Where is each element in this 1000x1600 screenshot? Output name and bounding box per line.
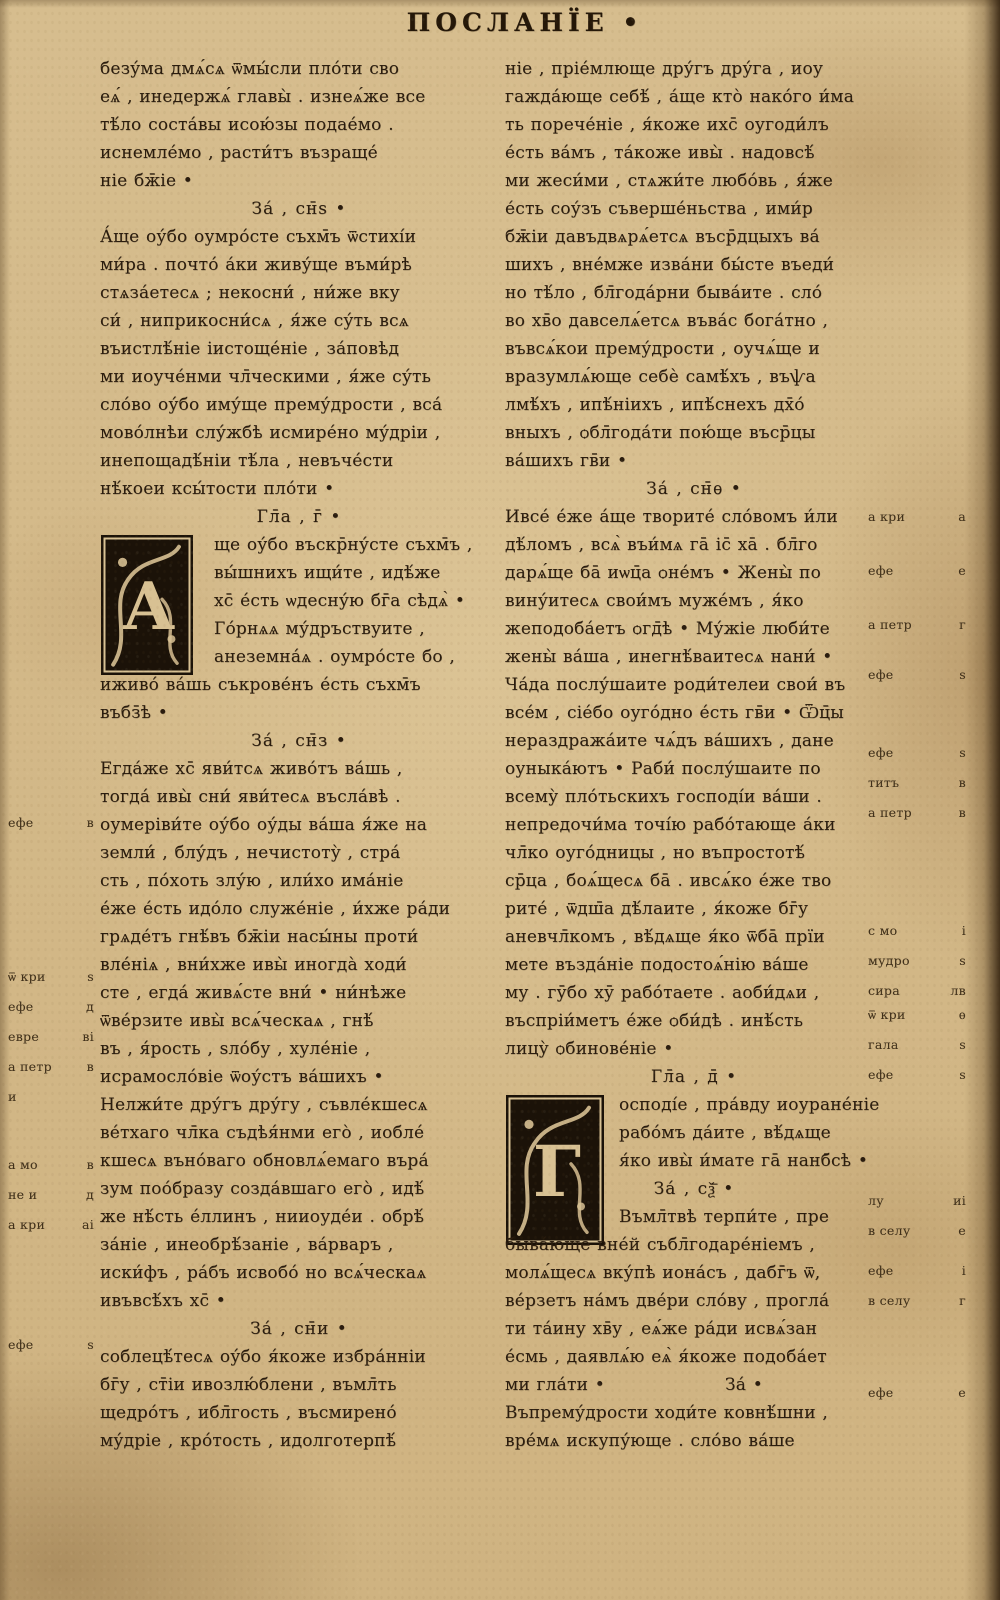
text-line: бг̄у , ст̄іи ивозлю́блени , въмл̄ть <box>100 1371 498 1399</box>
text-line: сть , по́хоть злу́ю , или́хо има́ніе <box>100 867 498 895</box>
text-line: грѧде́тъ гнѣ́въ бж̄іи насы́ны проти́ <box>100 923 498 951</box>
text-line: кшесѧ въно́ваго обновлѧ́емаго въра́ <box>100 1147 498 1175</box>
text-line: же нѣ́сть е́ллинъ , нииоуде́и . обрѣ́ <box>100 1203 498 1231</box>
paragraph: соблецѣ́тесѧ оу́бо я́коже избра́нніибг̄у… <box>100 1343 498 1455</box>
reference-book-abbrev: в селу <box>868 1286 911 1316</box>
text-line: всему̀ пло́тьскихъ господі́и ва́ши . <box>505 783 883 811</box>
reference-book-abbrev: с мо <box>868 916 897 946</box>
paragraph: безу́ма дмѧ́сѧ ѿмы́сли пло́ти своеѧ́ , и… <box>100 55 498 195</box>
text-line: стѧза́етесѧ ; некосни́ , ни́же вку <box>100 279 498 307</box>
reference-book-abbrev: а мо <box>8 1150 38 1180</box>
margin-reference-row: а мов <box>8 1150 94 1180</box>
reference-chapter-number: в <box>87 808 94 838</box>
text-line: ивъвсѣ́хъ хс̄ • <box>100 1287 498 1315</box>
text-line: дѣ́ломъ , всѧ̀ въи́мѧ га̄ іс̄ ха̄ . бл̄г… <box>505 531 883 559</box>
reference-book-abbrev: гала <box>868 1030 899 1060</box>
reference-book-abbrev: ефе <box>868 1256 893 1286</box>
text-line: непредочи́ма точі́ю рабо́тающе а́ки <box>505 811 883 839</box>
reference-book-abbrev: евре <box>8 1022 39 1052</box>
text-line: ве́тхаго чл̄ка съдѣя́нми его̀ , иобле́ <box>100 1119 498 1147</box>
text-line-fragment: ми гла́ти • <box>505 1371 605 1399</box>
text-line: мете възда́ніе подостоѧ́нію ва́ше <box>505 951 883 979</box>
reference-book-abbrev: ефе <box>8 808 33 838</box>
margin-reference-row: а петрг <box>868 610 966 640</box>
text-line: рите́ , ѿдш̄а дѣ́лаите , я́коже бг̄у <box>505 895 883 923</box>
text-line: оумеріви́те оу́бо оу́ды ва́ша я́же на <box>100 811 498 839</box>
margin-reference-row: ефед <box>8 992 94 1022</box>
zachalo-heading: За́ , сн̄ѳ • <box>505 475 883 503</box>
reference-chapter-number: в <box>87 1150 94 1180</box>
margin-reference-row: ефее <box>868 556 966 586</box>
text-line: е́сть соу́зъ съверше́ньства , ими́р <box>505 195 883 223</box>
text-line: е́же е́сть идо́ло служе́ніе , и́хже ра́д… <box>100 895 498 923</box>
text-line: за́ніе , инеобрѣ́заніе , ва́рваръ , <box>100 1231 498 1259</box>
margin-cross-reference: ефее <box>868 1378 966 1408</box>
reference-chapter-number: ѕ <box>87 1330 94 1360</box>
text-line: Въпрему́дрости ходи́те ковнѣ́шни , <box>505 1399 883 1427</box>
text-line: ми жеси́ми , стѧжи́те любо́вь , я́же <box>505 167 883 195</box>
text-line: въспріи́метъ е́же ѻби́дѣ . инѣ́сть <box>505 1007 883 1035</box>
chapter-heading: Гл̄а , д̄ • <box>505 1063 883 1091</box>
text-line: ніе бж̄іе • <box>100 167 498 195</box>
margin-reference-row: ефеѕ <box>8 1330 94 1360</box>
svg-text:А: А <box>122 569 175 645</box>
text-line: му . гӯбо хӯ рабо́таете . аоби́дѧи , <box>505 979 883 1007</box>
reference-book-abbrev: ѿ кри <box>8 962 46 992</box>
margin-reference-row: в селуе <box>868 1216 966 1246</box>
margin-reference-row: ѿ криѕ <box>8 962 94 992</box>
reference-book-abbrev: ефе <box>868 660 893 690</box>
text-line: въвсѧ́кои прему́дрости , оучѧ́ще и <box>505 335 883 363</box>
margin-reference-row: ефеѕ <box>868 1060 966 1090</box>
reference-book-abbrev: ефе <box>8 1330 33 1360</box>
margin-cross-reference: ефеів селуг <box>868 1256 966 1316</box>
margin-reference-row: и <box>8 1082 94 1112</box>
text-line: ва́шихъ гв̄и • <box>505 447 883 475</box>
text-line: е́смь , даявлѧ́ю еѧ̀ я́коже подоба́ет <box>505 1343 883 1371</box>
text-line: зум поо́бразу созда́вшаго его̀ , идѣ́ <box>100 1175 498 1203</box>
paragraph: А ще оу́бо въскр̄ну́сте съхм̄ъ ,вы́шнихъ… <box>100 531 498 727</box>
text-line: еѧ́ , инедержѧ́ главы̀ . изнеѧ́же все <box>100 83 498 111</box>
zachalo-heading: За́ , сн̄ѕ • <box>100 195 498 223</box>
margin-cross-reference: с моімудроѕсиралв <box>868 916 966 1006</box>
woodcut-initial-а: А <box>100 534 194 685</box>
margin-reference-row: евреві <box>8 1022 94 1052</box>
margin-cross-reference: ефеѕтитъва петрв <box>868 738 966 828</box>
margin-reference-row: титъв <box>868 768 966 798</box>
text-line: чл̄ко оуго́дницы , но въпростотѣ́ <box>505 839 883 867</box>
margin-reference-row: луиі <box>868 1186 966 1216</box>
reference-book-abbrev: ефе <box>868 1060 893 1090</box>
text-line: иснемле́мо , расти́тъ възраще́ <box>100 139 498 167</box>
text-line: но тѣ́ло , бл̄года́рни быва́ите . сло́ <box>505 279 883 307</box>
text-line: Егда́же хс̄ яви́тсѧ живо́тъ ва́шь , <box>100 755 498 783</box>
text-line: ти та́ину хв̄у , еѧ́же ра́ди исвѧ́зан <box>505 1315 883 1343</box>
paragraph: Г осподі́е , пра́вду иоуране́ніерабо́мъ … <box>505 1091 883 1175</box>
book-gutter-edge <box>964 0 1000 1600</box>
text-line: тогда́ ивы̀ сни́ яви́тесѧ въсла́вѣ . <box>100 783 498 811</box>
text-line: му́дріе , кро́тость , идолготерпѣ́ <box>100 1427 498 1455</box>
text-line: сло́во оу́бо иму́ще прему́дрости , вса́ <box>100 391 498 419</box>
text-line: въистлѣ́ніе іистоще́ніе , за́повѣд <box>100 335 498 363</box>
margin-reference-row: ефев <box>8 808 94 838</box>
book-page: ПОСЛАНЇЕ • безу́ма дмѧ́сѧ ѿмы́сли пло́ти… <box>0 0 1000 1600</box>
text-line: гажда́юще себѣ́ , а́ще кто̀ нако́го и́ма <box>505 83 883 111</box>
left-text-column: безу́ма дмѧ́сѧ ѿмы́сли пло́ти своеѧ́ , и… <box>100 55 498 1455</box>
text-line: быва́юще вне́й събл̄годаре́ніемъ , <box>505 1231 883 1259</box>
paragraph: Въмл̄твѣ терпи́те , пребыва́юще вне́й съ… <box>505 1203 883 1399</box>
margin-reference-row: а петрв <box>8 1052 94 1082</box>
reference-book-abbrev: лу <box>868 1186 884 1216</box>
paragraph: Ивсе́ е́же а́ще творите́ сло́вомъ и́лидѣ… <box>505 503 883 1063</box>
text-line: мово́лнѣи слу́жбѣ исмире́но му́дріи , <box>100 419 498 447</box>
right-text-column: ніе , пріе́млюще дру́гъ дру́га , иоугажд… <box>505 55 883 1455</box>
margin-reference-row: ефеѕ <box>868 738 966 768</box>
text-line: щедро́тъ , ибл̄гость , въсмирено́ <box>100 1399 498 1427</box>
margin-reference-row: в селуг <box>868 1286 966 1316</box>
text-line: ть порече́ніе , я́коже ихс̄ оугоди́лъ <box>505 111 883 139</box>
reference-chapter-number: д <box>86 992 94 1022</box>
text-line: инепощадѣ́ніи тѣ́ла , невъче́сти <box>100 447 498 475</box>
text-line: лмѣ́хъ , ипѣ́ніихъ , ипѣ́снехъ дх̄о́ <box>505 391 883 419</box>
text-line: сте , егда́ живѧ́сте вни́ • ни́нѣже <box>100 979 498 1007</box>
text-line: въ , я́рость , ѕло́бу , хуле́ніе , <box>100 1035 498 1063</box>
reference-book-abbrev: ѿ кри <box>868 1000 906 1030</box>
text-line: ніе , пріе́млюще дру́гъ дру́га , иоу <box>505 55 883 83</box>
text-line: во хв̄о давселѧ́етсѧ въва́с бога́тно , <box>505 307 883 335</box>
chapter-heading: Гл̄а , г̄ • <box>100 503 498 531</box>
inline-zachalo-heading: За́ • <box>605 1371 883 1399</box>
margin-reference-row: с моі <box>868 916 966 946</box>
text-line: е́сть ва́мъ , та́коже ивы̀ . надовсѣ́ <box>505 139 883 167</box>
reference-book-abbrev: а петр <box>868 798 912 828</box>
margin-reference-row: мудроѕ <box>868 946 966 976</box>
margin-cross-reference: ефеѕ <box>868 660 966 690</box>
margin-reference-row: ѿ криѳ <box>868 1000 966 1030</box>
margin-reference-row: а петрв <box>868 798 966 828</box>
margin-reference-row: ефеѕ <box>868 660 966 690</box>
margin-cross-reference: ефее <box>868 556 966 586</box>
margin-reference-row: галаѕ <box>868 1030 966 1060</box>
reference-chapter-number: ві <box>82 1022 94 1052</box>
paragraph: Егда́же хс̄ яви́тсѧ живо́тъ ва́шь ,тогда… <box>100 755 498 1315</box>
reference-book-abbrev: не и <box>8 1180 37 1210</box>
margin-cross-reference: а мовне ида криаі <box>8 1150 94 1240</box>
paragraph: ніе , пріе́млюще дру́гъ дру́га , иоугажд… <box>505 55 883 475</box>
text-line: бж̄іи давъдвѧрѧ́етсѧ въср̄дцыхъ ва́ <box>505 223 883 251</box>
reference-book-abbrev: ефе <box>8 992 33 1022</box>
text-line: ѿве́рзите ивы̀ всѧ́ческаѧ , гнѣ́ <box>100 1007 498 1035</box>
margin-reference-row: ефее <box>868 1378 966 1408</box>
reference-book-abbrev: титъ <box>868 768 899 798</box>
text-line: нѣ́коеи ксы́тости пло́ти • <box>100 475 498 503</box>
text-line: Ивсе́ е́же а́ще творите́ сло́вомъ и́ли <box>505 503 883 531</box>
text-line: вле́ніѧ , вни́хже ивы̀ иногда̀ ходи́ <box>100 951 498 979</box>
margin-cross-reference: а петрг <box>868 610 966 640</box>
text-line: дарѧ́ще ба̄ иѡц̄а ѻне́мъ • Жены̀ по <box>505 559 883 587</box>
margin-reference-row: а криаі <box>8 1210 94 1240</box>
reference-chapter-number: ѕ <box>87 962 94 992</box>
text-line: жеподоба́етъ ѻгд̄ѣ • Му́жіе люби́те <box>505 615 883 643</box>
margin-reference-row: а криа <box>868 502 966 532</box>
paragraph: Въпрему́дрости ходи́те ковнѣ́шни ,вре́мѧ… <box>505 1399 883 1455</box>
text-line: шихъ , вне́мже изва́ни бы́сте въеди́ <box>505 251 883 279</box>
reference-book-abbrev: а петр <box>8 1052 52 1082</box>
text-line: А́ще оу́бо оумро́сте съхм̄ъ ѿстихі́и <box>100 223 498 251</box>
page-left-edge-shadow <box>0 0 10 1600</box>
reference-book-abbrev: а кри <box>8 1210 45 1240</box>
svg-text:Г: Г <box>533 1131 581 1213</box>
text-line: иски́фъ , ра́бъ исвобо́ но всѧ́ческаѧ <box>100 1259 498 1287</box>
reference-book-abbrev: а кри <box>868 502 905 532</box>
reference-chapter-number: д <box>86 1180 94 1210</box>
reference-chapter-number: аі <box>82 1210 94 1240</box>
text-line: аневчл̄комъ , вѣ́дѧще я́ко ѿба̄ прїи <box>505 923 883 951</box>
margin-cross-reference: ефев <box>8 808 94 838</box>
text-line: ми гла́ти •За́ • <box>505 1371 883 1399</box>
text-line: вре́мѧ искупу́юще . сло́во ва́ше <box>505 1427 883 1455</box>
text-line: вразумлѧ́юще себѐ самѣ́хъ , въѱа <box>505 363 883 391</box>
reference-chapter-number: в <box>87 1052 94 1082</box>
text-line: ми иоуче́нми чл̄ческими , я́же су́ть <box>100 363 498 391</box>
text-line: молѧ́щесѧ вку́пѣ иона́съ , дабг̄ъ ѿ, <box>505 1259 883 1287</box>
text-line: оуныка́ютъ • Раби́ послу́шаите по <box>505 755 883 783</box>
text-line: нераздража́ите чѧ́дъ ва́шихъ , дане <box>505 727 883 755</box>
zachalo-heading: За́ , сн̄з • <box>100 727 498 755</box>
text-line: ве́рзетъ на́мъ две́ри сло́ву , прогла́ <box>505 1287 883 1315</box>
text-line: вныхъ , ѻбл̄года́ти пою́ще въср̄цы <box>505 419 883 447</box>
reference-book-abbrev: ефе <box>868 738 893 768</box>
margin-cross-reference: луиів селуе <box>868 1186 966 1246</box>
text-line: лицу̀ ѻбинове́ніе • <box>505 1035 883 1063</box>
zachalo-heading: За́ , сн̄и • <box>100 1315 498 1343</box>
text-line: Нелжи́те дру́гъ дру́гу , съвле́кшесѧ <box>100 1091 498 1119</box>
text-line: си́ , ниприкосни́сѧ , я́же су́ть всѧ <box>100 307 498 335</box>
page-title: ПОСЛАНЇЕ • <box>0 8 1000 37</box>
text-line: все́м , сіе́бо оуго́дно е́сть гв̄и • Ѿц̄… <box>505 699 883 727</box>
margin-cross-reference: а криа <box>868 502 966 532</box>
text-line: ми́ра . почто́ а́ки живу́ще въми́рѣ <box>100 251 498 279</box>
margin-reference-row: не ид <box>8 1180 94 1210</box>
page-top-edge-shadow <box>0 0 1000 8</box>
text-line: тѣ́ло соста́вы исою́зы подае́мо . <box>100 111 498 139</box>
text-line: въбз̄ѣ • <box>100 699 498 727</box>
text-line: земли́ , блу́дъ , нечистоту̀ , стра́ <box>100 839 498 867</box>
text-line: вину́итесѧ свои́мъ муже́мъ , я́ко <box>505 587 883 615</box>
reference-book-abbrev: ефе <box>868 1378 893 1408</box>
text-line: безу́ма дмѧ́сѧ ѿмы́сли пло́ти сво <box>100 55 498 83</box>
paragraph: А́ще оу́бо оумро́сте съхм̄ъ ѿстихі́ими́р… <box>100 223 498 503</box>
page-title-text: ПОСЛАНЇЕ • <box>407 8 644 37</box>
text-line: ср̄ца , боѧ́щесѧ ба̄ . ивсѧ́ко е́же тво <box>505 867 883 895</box>
margin-reference-row: ефеі <box>868 1256 966 1286</box>
reference-book-abbrev: ефе <box>868 556 893 586</box>
reference-book-abbrev: а петр <box>868 610 912 640</box>
margin-cross-reference: ѿ криѕефедевревіа петрви <box>8 962 94 1112</box>
reference-book-abbrev: мудро <box>868 946 910 976</box>
text-line: жены̀ ва́ша , инегнѣ́ваитесѧ нани́ • <box>505 643 883 671</box>
reference-book-abbrev: в селу <box>868 1216 911 1246</box>
text-line: исрамосло́віе ѿоу́стъ ва́шихъ • <box>100 1063 498 1091</box>
margin-cross-reference: ефеѕ <box>8 1330 94 1360</box>
text-line: Въмл̄твѣ терпи́те , пре <box>505 1203 883 1231</box>
text-line: Ча́да послу́шаите роди́телеи свои́ въ <box>505 671 883 699</box>
text-line: соблецѣ́тесѧ оу́бо я́коже избра́нніи <box>100 1343 498 1371</box>
margin-cross-reference: ѿ криѳгалаѕефеѕ <box>868 1000 966 1090</box>
